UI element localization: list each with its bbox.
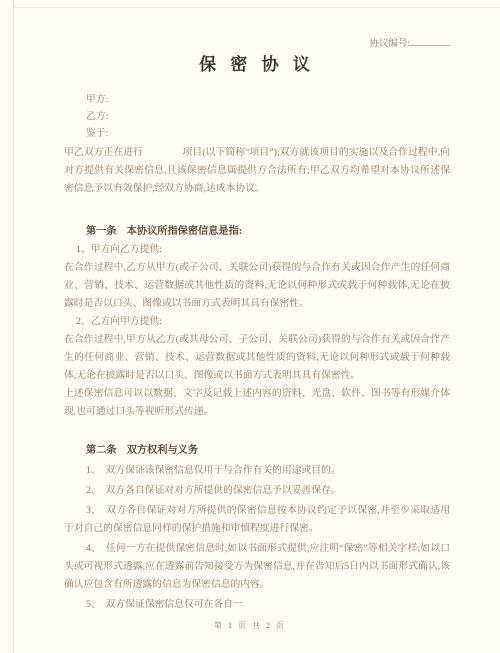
section-1-clause-1-lead: 1、甲方向乙方提供: (64, 241, 450, 259)
agreement-number-blank (410, 36, 450, 46)
page-top-edge (13, 7, 500, 8)
section-2-item-3: 3、 双方各自保证对对方所提供的保密信息按本协议约定予以保密,并至少采取适用于对… (64, 502, 450, 538)
section-2-item-2: 2、 双方各自保证对对方所提供的保密信息予以妥善保存。 (64, 482, 450, 500)
section-1-closing-paragraph: 上述保密信息可以以数据、文字及记载上述内容的资料、光盘、软件、图书等有形媒介体现… (64, 385, 450, 421)
page-left-edge (13, 0, 14, 653)
agreement-number-label: 协议编号: (369, 39, 410, 49)
party-b-label: 乙方: (86, 108, 450, 125)
section-2-item-1: 1、 双方保证该保密信息仅用于与合作有关的用途或目的。 (64, 462, 450, 480)
parties-block: 甲方: 乙方: 鉴于: (64, 91, 450, 142)
section-1-clause-2-lead: 2、乙方向甲方提供: (64, 313, 450, 331)
agreement-number-line: 协议编号: (64, 36, 450, 49)
whereas-label: 鉴于: (86, 125, 450, 142)
section-1-clause-2-body: 在合作过程中,甲方从乙方(或其母公司、子公司、关联公司)获得的与合作有关或因合作… (64, 331, 450, 385)
section-1-heading: 第一条 本协议所指保密信息是指: (64, 222, 450, 241)
section-2-item-4: 4、 任何一方在提供保密信息时,如以书面形式提供,应注明“保密”等相关字样;如以… (64, 540, 450, 594)
party-a-label: 甲方: (86, 91, 450, 108)
document-page: 协议编号: 保 密 协 议 甲方: 乙方: 鉴于: 甲乙双方正在进行 项目(以下… (0, 0, 500, 653)
page-footer: 第 1 页 共 2 页 (0, 620, 500, 631)
section-2-heading: 第二条 双方权利与义务 (64, 441, 450, 460)
page-title: 保 密 协 议 (64, 54, 450, 76)
section-1-clause-1-body: 在合作过程中,乙方从甲方(或子公司、关联公司)获得的与合作有关或因合作产生的任何… (64, 259, 450, 313)
section-2-item-5: 5、 双方保证保密信息仅可在各自一 (64, 596, 450, 614)
intro-paragraph: 甲乙双方正在进行 项目(以下简称“项目”);双方就该项目的实施以及合作过程中,向… (64, 144, 450, 198)
